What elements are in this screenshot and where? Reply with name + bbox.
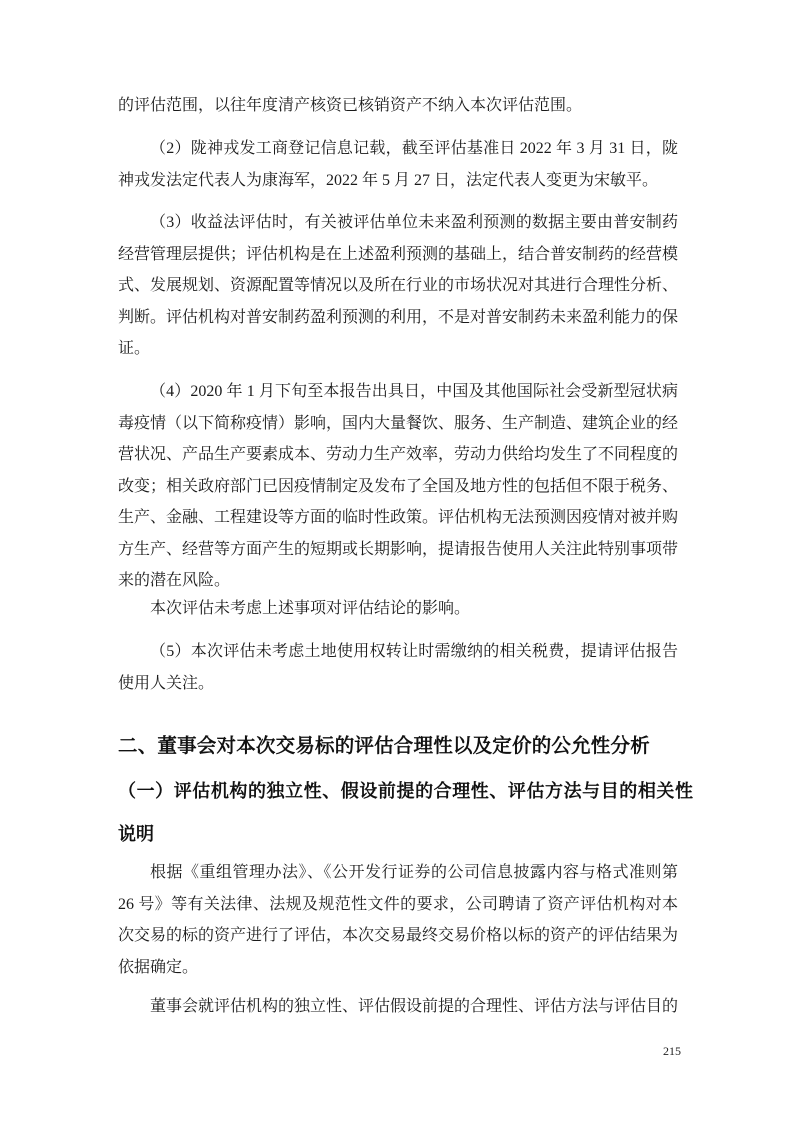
section-heading: 二、董事会对本次交易标的评估合理性以及定价的公允性分析: [118, 730, 698, 758]
paragraph-body-2: 董事会就评估机构的独立性、评估假设前提的合理性、评估方法与评估目的: [118, 991, 678, 1023]
paragraph-body-1: 根据《重组管理办法》、《公开发行证券的公司信息披露内容与格式准则第 26 号》等…: [118, 857, 678, 983]
paragraph-note: 本次评估未考虑上述事项对评估结论的影响。: [118, 593, 678, 625]
paragraph-item-4: （4）2020 年 1 月下旬至本报告出具日，中国及其他国际社会受新型冠状病毒疫…: [118, 376, 678, 597]
paragraph-item-5: （5）本次评估未考虑土地使用权转让时需缴纳的相关税费，提请评估报告使用人关注。: [118, 636, 678, 699]
page-number: 215: [663, 1044, 681, 1059]
paragraph-item-3: （3）收益法评估时，有关被评估单位未来盈利预测的数据主要由普安制药经营管理层提供…: [118, 207, 678, 365]
paragraph-continuation: 的评估范围，以往年度清产核资已核销资产不纳入本次评估范围。: [118, 90, 678, 122]
document-page: 的评估范围，以往年度清产核资已核销资产不纳入本次评估范围。 （2）陇神戎发工商登…: [0, 0, 793, 1122]
paragraph-item-2: （2）陇神戎发工商登记信息记载，截至评估基准日 2022 年 3 月 31 日，…: [118, 133, 678, 196]
subsection-heading: （一）评估机构的独立性、假设前提的合理性、评估方法与目的相关性说明: [118, 770, 693, 856]
